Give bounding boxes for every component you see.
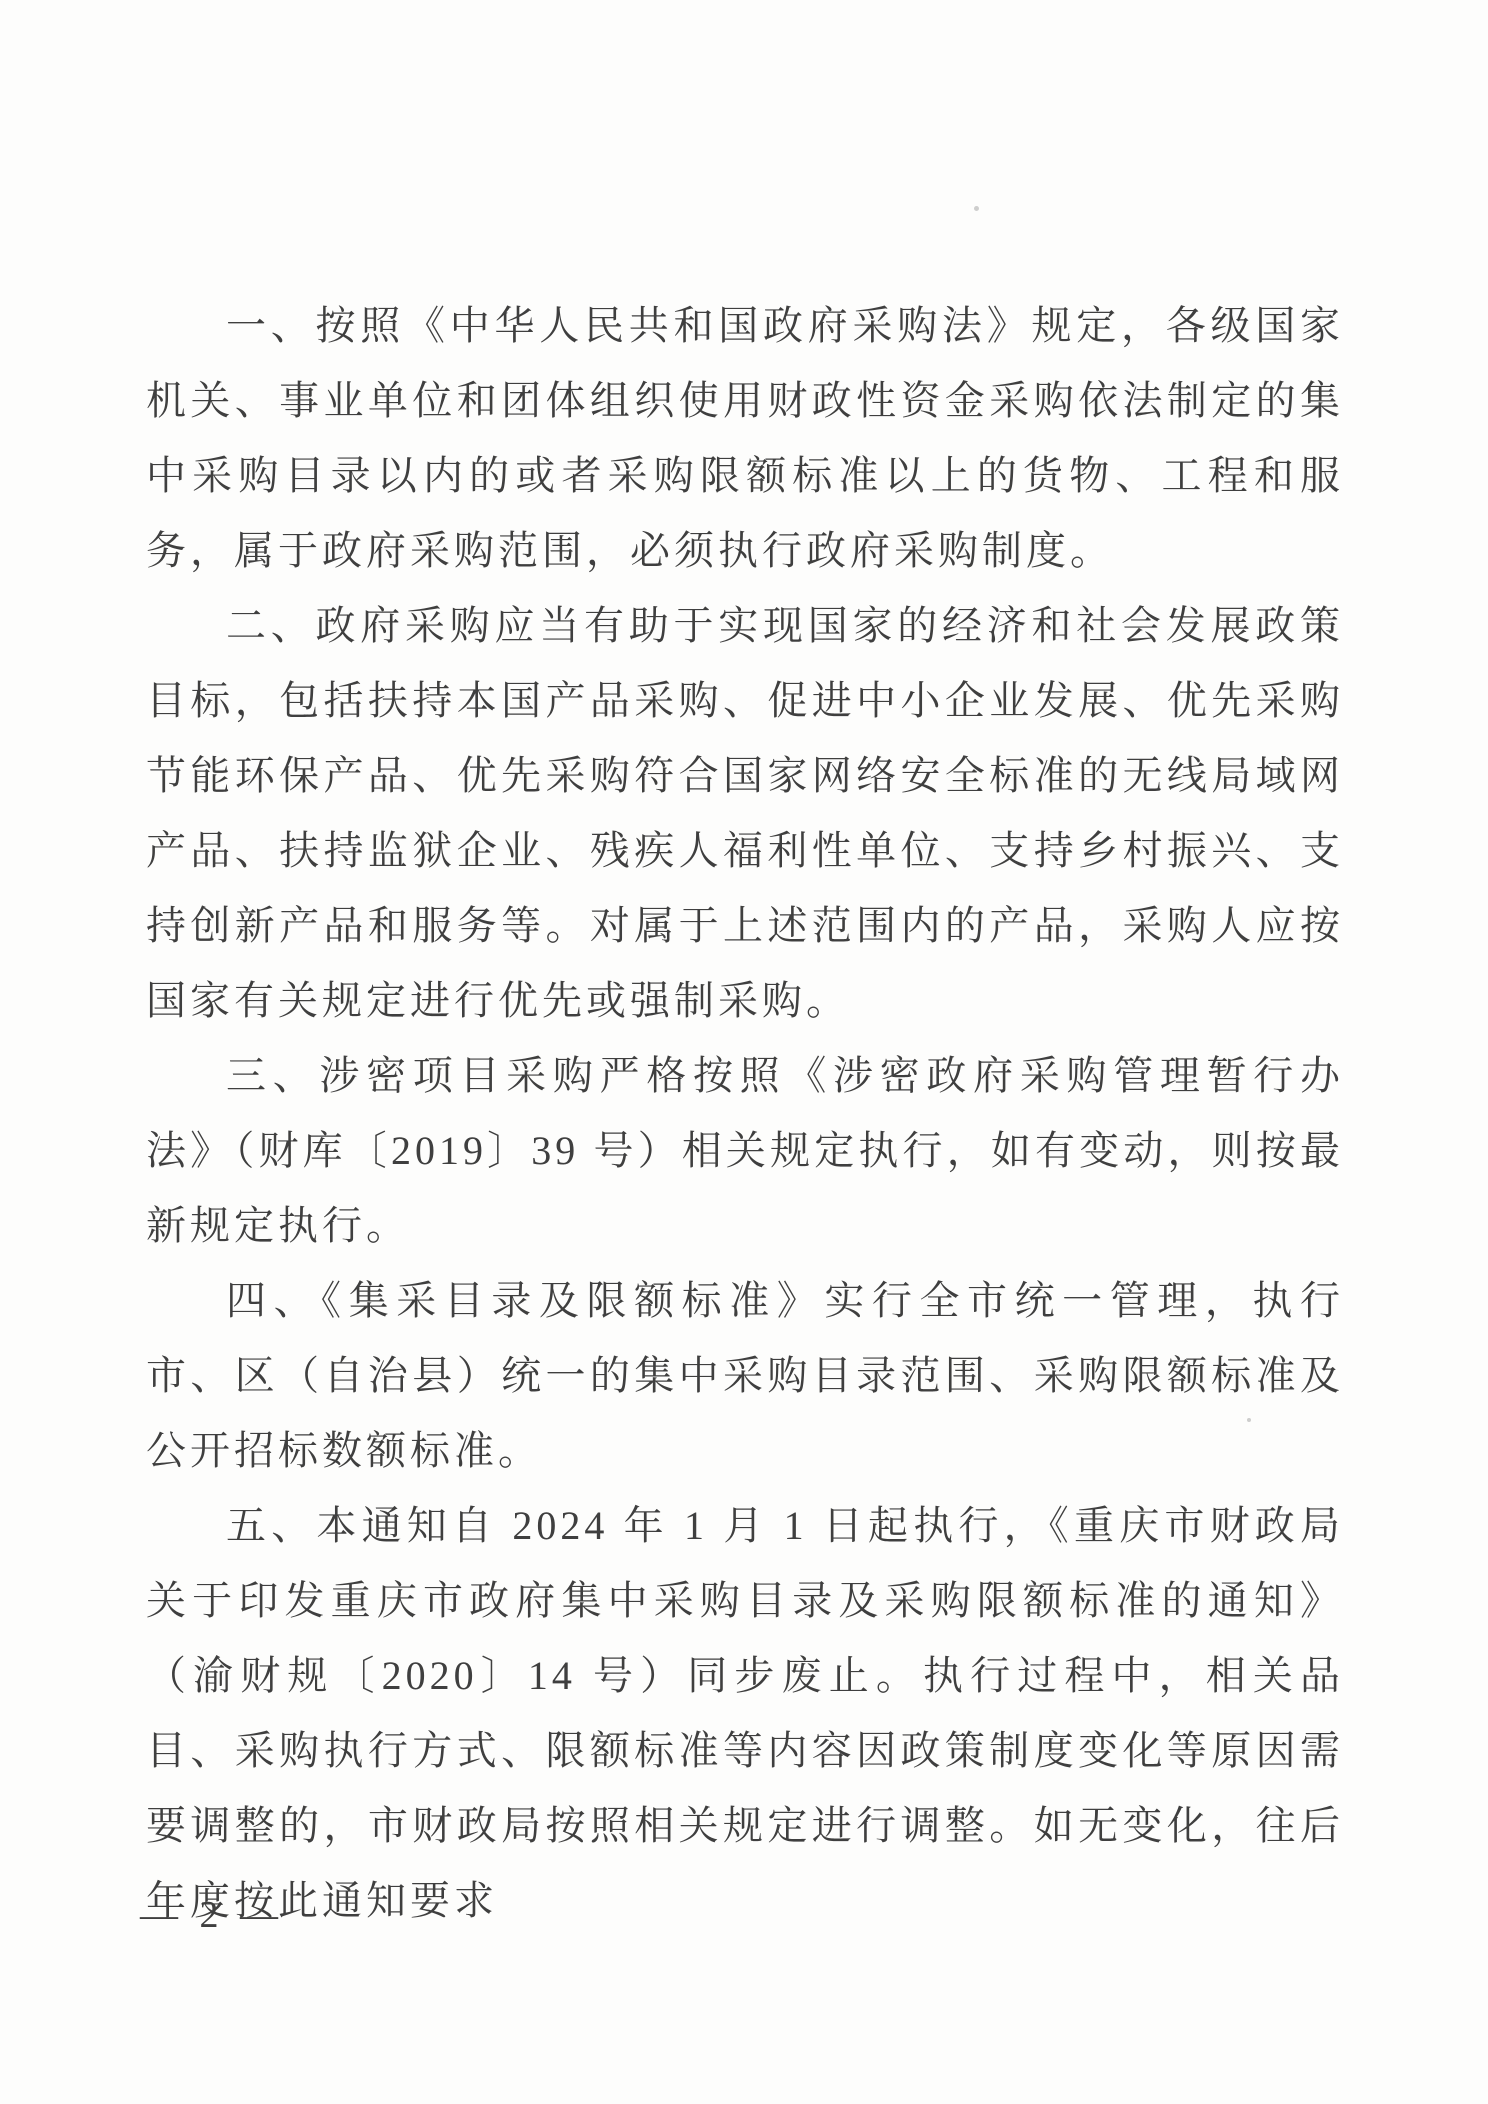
scan-speck <box>1247 1418 1251 1422</box>
document-body: 一、按照《中华人民共和国政府采购法》规定，各级国家机关、事业单位和团体组织使用财… <box>146 288 1344 1938</box>
paragraph: 五、本通知自 2024 年 1 月 1 日起执行，《重庆市财政局关于印发重庆市政… <box>146 1488 1344 1938</box>
paragraph: 四、《集采目录及限额标准》实行全市统一管理，执行市、区（自治县）统一的集中采购目… <box>146 1263 1344 1488</box>
document-page: 一、按照《中华人民共和国政府采购法》规定，各级国家机关、事业单位和团体组织使用财… <box>0 0 1488 2104</box>
scan-speck <box>974 206 979 211</box>
paragraph: 一、按照《中华人民共和国政府采购法》规定，各级国家机关、事业单位和团体组织使用财… <box>146 288 1344 588</box>
page-number: — 2 — <box>140 1893 284 1937</box>
paragraph: 三、涉密项目采购严格按照《涉密政府采购管理暂行办法》（财库〔2019〕39 号）… <box>146 1038 1344 1263</box>
paragraph: 二、政府采购应当有助于实现国家的经济和社会发展政策目标，包括扶持本国产品采购、促… <box>146 588 1344 1038</box>
